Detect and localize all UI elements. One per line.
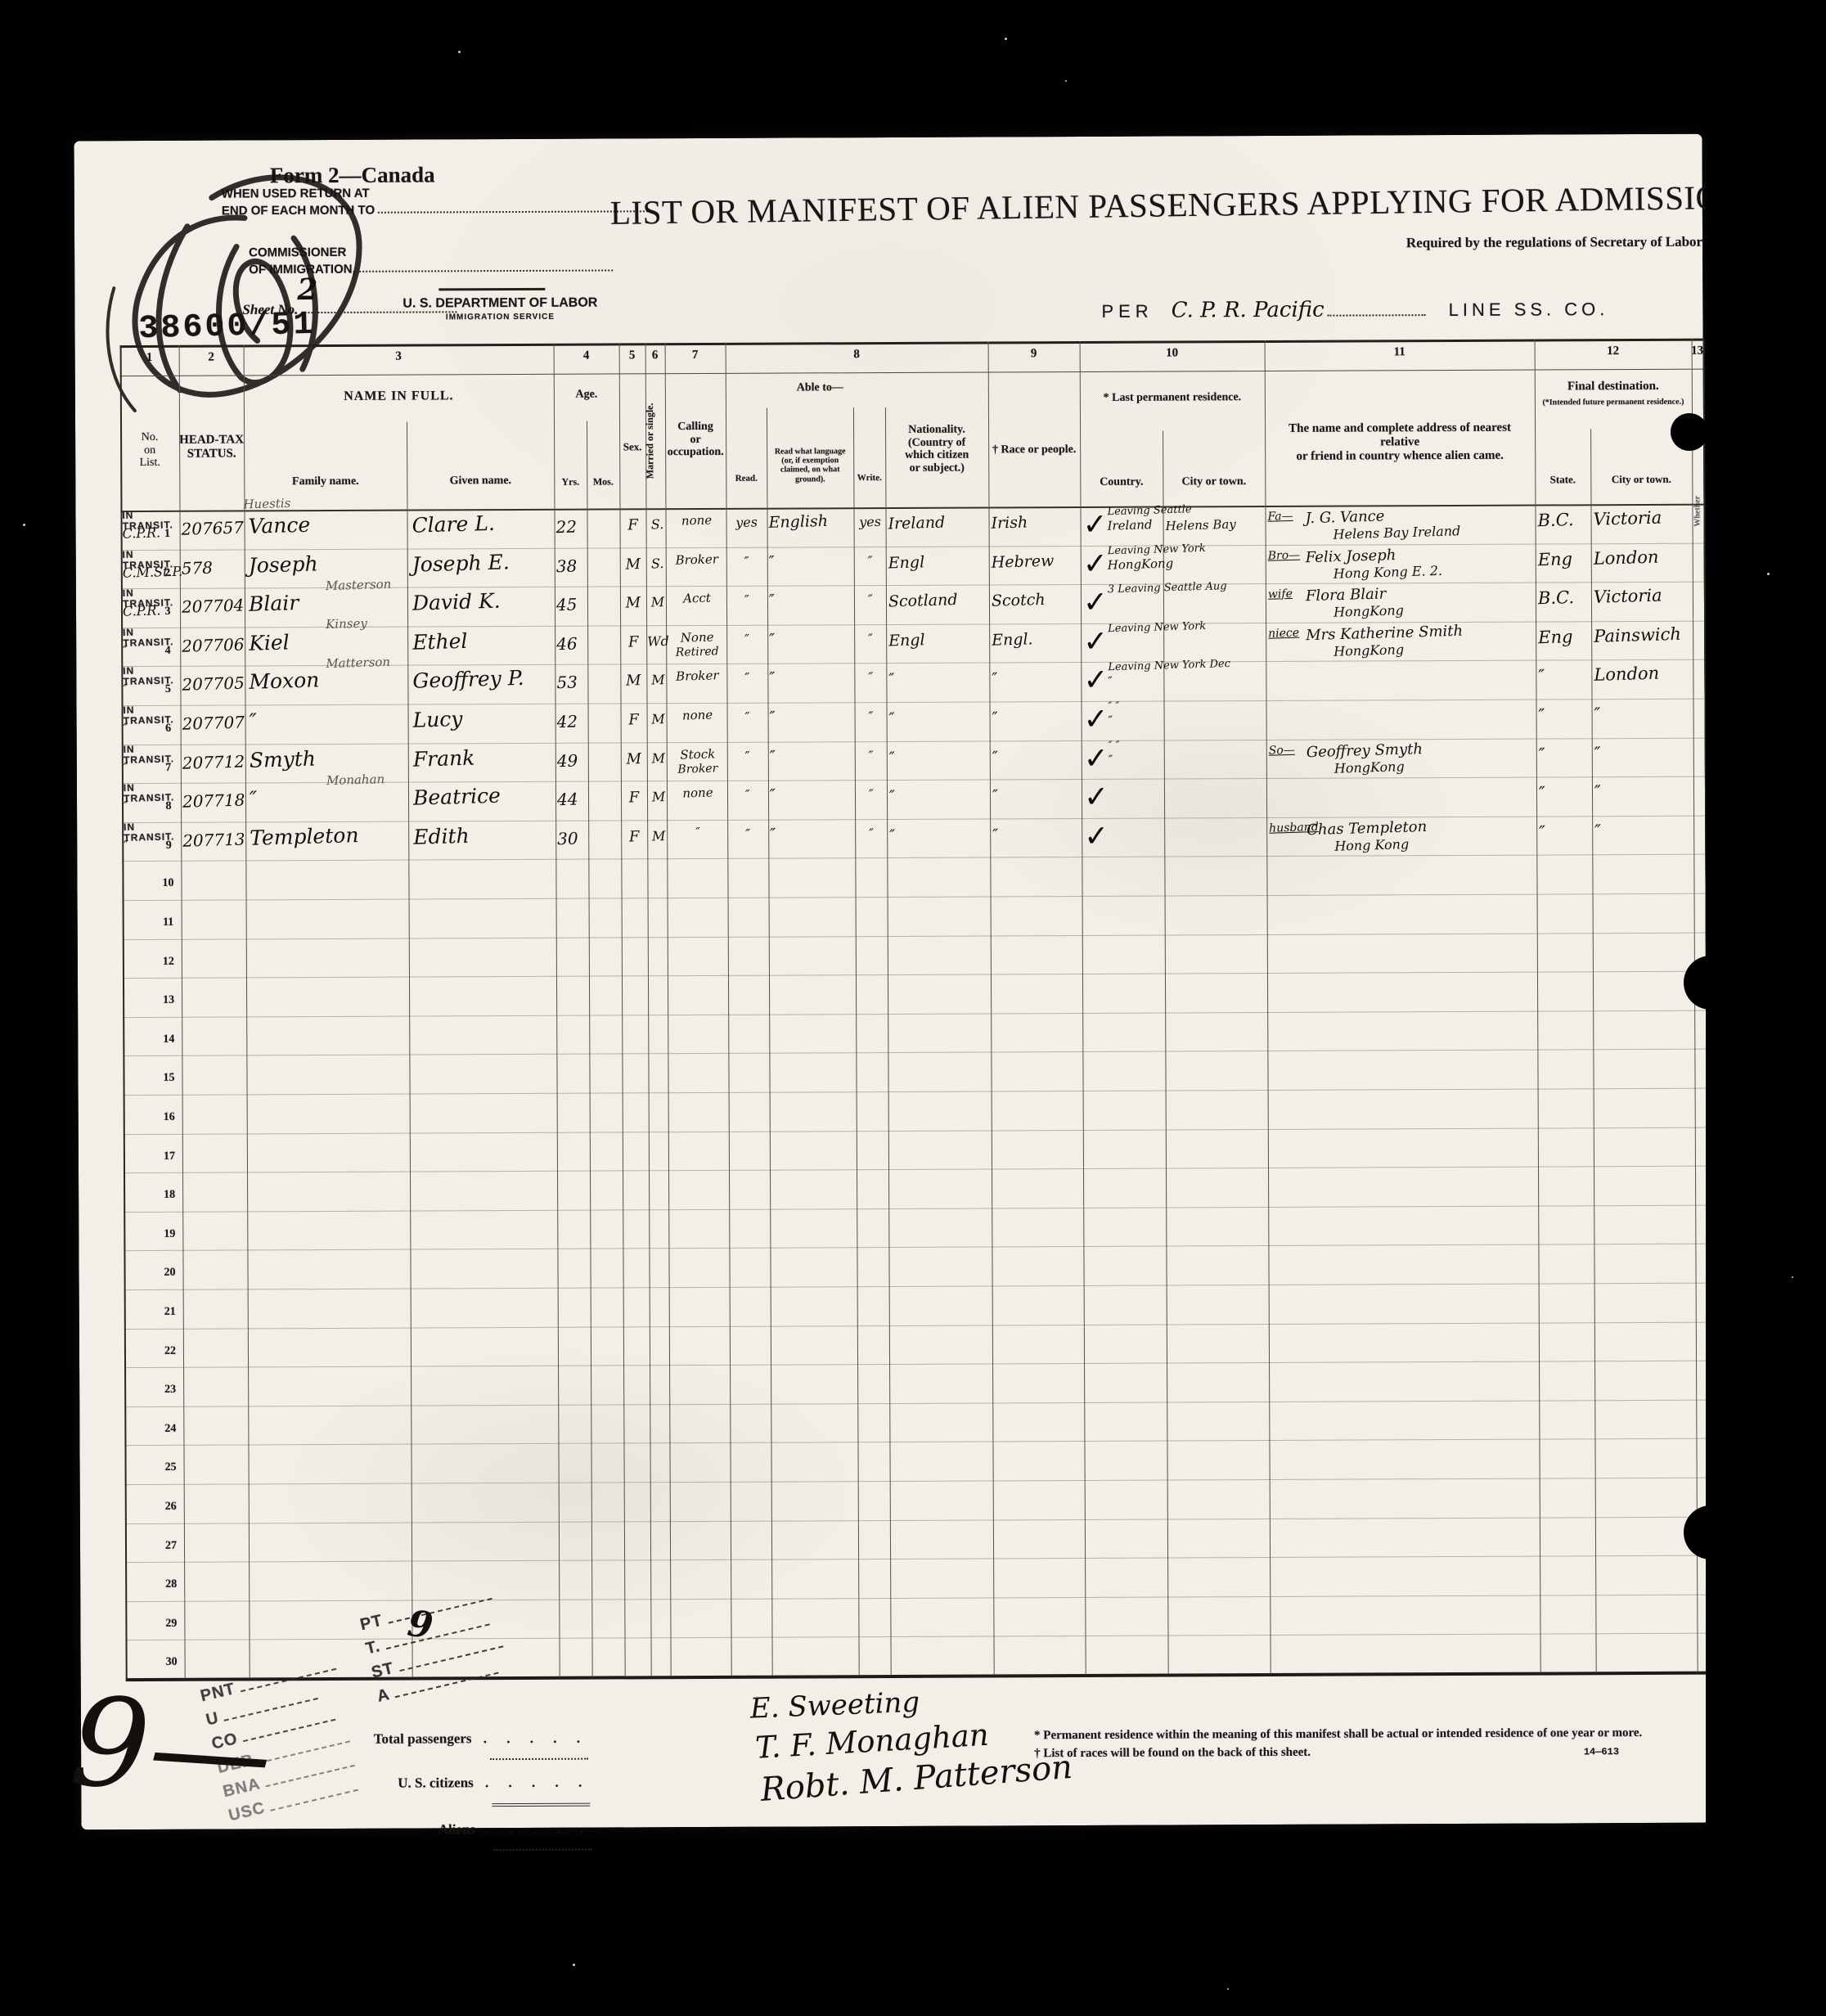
divider-rule bbox=[439, 288, 545, 291]
cell-country: HongKong bbox=[1108, 557, 1165, 572]
cell-no: 1 bbox=[156, 528, 178, 540]
empty-row-number: 16 bbox=[156, 1111, 182, 1124]
cell-family: Templeton bbox=[250, 823, 411, 849]
cell-language: ″ bbox=[769, 708, 853, 727]
row-rule bbox=[123, 1010, 1706, 1017]
cell-calling: Broker bbox=[667, 553, 727, 568]
cell-headtax: 207705 bbox=[182, 675, 248, 694]
totals-line: U. S. citizens . . . . . bbox=[353, 1775, 590, 1811]
totals-line: Total passengers . . . . . bbox=[343, 1730, 588, 1766]
column-header: * Last permanent residence. bbox=[1080, 391, 1265, 405]
cell-language: ″ bbox=[770, 785, 854, 804]
cell-country: ″ bbox=[1109, 752, 1166, 767]
cell-relative2: Hong Kong E. 2. bbox=[1334, 561, 1538, 581]
cell-read: ″ bbox=[728, 749, 767, 764]
manifest-row: IN TRANSIT.C.P.R.1207657HuestisVanceClar… bbox=[120, 504, 1703, 550]
cell-check: ✓ bbox=[1084, 821, 1113, 853]
cell-family: Kiel bbox=[249, 628, 410, 655]
empty-row-number: 10 bbox=[155, 877, 181, 890]
cell-sex: M bbox=[621, 596, 646, 612]
cell-dest: London bbox=[1593, 547, 1702, 568]
cell-nationality: Engl bbox=[888, 631, 987, 650]
cell-age: 44 bbox=[557, 790, 591, 808]
column-number: 7 bbox=[679, 349, 712, 362]
column-header: No. on List. bbox=[120, 431, 179, 470]
cell-nationality: Engl bbox=[888, 553, 987, 572]
column-header: † Race or people. bbox=[992, 443, 1077, 457]
column-header: City or town. bbox=[1163, 475, 1265, 488]
cell-sex: M bbox=[622, 752, 647, 768]
manifest-row: IN TRANSIT.C.M.St.P.2578JosephMastersonJ… bbox=[121, 542, 1704, 588]
cell-calling2: Retired bbox=[667, 646, 727, 659]
cell-read: ″ bbox=[728, 827, 767, 842]
cell-race: ″ bbox=[992, 669, 1079, 688]
cell-language: ″ bbox=[768, 552, 852, 571]
cell-dest: ″ bbox=[1594, 741, 1702, 763]
cell-given: Edith bbox=[413, 822, 558, 848]
cell-race: ″ bbox=[992, 709, 1079, 727]
cell-marital: M bbox=[648, 751, 669, 766]
cell-age: 22 bbox=[555, 518, 589, 536]
manifest-table: 12345678910111213No. on List.HEAD-TAX ST… bbox=[120, 339, 1709, 1679]
column-number: 3 bbox=[382, 350, 415, 364]
cell-write: ″ bbox=[855, 554, 886, 569]
cell-res-note: Leaving Seattle bbox=[1107, 502, 1271, 518]
cell-sex: F bbox=[622, 830, 647, 846]
cell-nationality: ″ bbox=[889, 748, 988, 767]
cell-headtax: 207713 bbox=[182, 830, 249, 849]
row-rule bbox=[124, 1399, 1707, 1406]
footnote-races: † List of races will be found on the bac… bbox=[1034, 1746, 1311, 1760]
row-rule bbox=[123, 971, 1706, 979]
cell-state: ″ bbox=[1538, 705, 1590, 725]
column-header: Given name. bbox=[407, 475, 554, 488]
cell-race: Hebrew bbox=[991, 552, 1078, 571]
row-rule bbox=[124, 1166, 1707, 1173]
column-header: Family name. bbox=[244, 475, 407, 489]
per-value: C. P. R. Pacific bbox=[1172, 298, 1325, 323]
cell-headtax: 207718 bbox=[182, 792, 249, 811]
totals-line: Aliens . . . . . bbox=[362, 1820, 591, 1856]
cell-race: Engl. bbox=[992, 631, 1079, 650]
cell-dest: ″ bbox=[1594, 819, 1703, 840]
cell-calling: none bbox=[667, 709, 727, 723]
cell-age: 30 bbox=[557, 830, 591, 848]
cell-calling: Acct bbox=[667, 592, 727, 606]
cell-age: 42 bbox=[556, 713, 590, 731]
column-header: Age. bbox=[554, 388, 619, 401]
cell-marital: S. bbox=[647, 556, 668, 571]
scanned-manifest-page: { "form": { "form_label": "Form 2—Canada… bbox=[0, 0, 1826, 2016]
manifest-row: IN TRANSIT.″9207713TempletonEdith30FM″″″… bbox=[122, 815, 1705, 861]
column-number: 6 bbox=[639, 349, 672, 362]
cell-country: Ireland bbox=[1107, 519, 1164, 533]
row-rule bbox=[124, 1127, 1707, 1134]
manifest-row: IN TRANSIT.″5207705MoxonGeoffrey P.53MMB… bbox=[121, 659, 1704, 705]
column-header: Calling or occupation. bbox=[665, 421, 726, 459]
cell-dest: ″ bbox=[1594, 780, 1703, 801]
cell-dest: Victoria bbox=[1593, 507, 1702, 529]
column-header: City or town. bbox=[1590, 474, 1692, 486]
per-line: PER C. P. R. Pacific LINE SS. CO. bbox=[1101, 296, 1608, 323]
empty-row-number: 23 bbox=[157, 1384, 183, 1397]
column-number: 10 bbox=[1156, 346, 1189, 360]
row-rule bbox=[125, 1516, 1708, 1523]
cell-read: ″ bbox=[727, 555, 767, 569]
cell-sex: F bbox=[621, 635, 646, 651]
cell-calling: Stock bbox=[668, 748, 728, 763]
cell-given: Lucy bbox=[412, 706, 557, 731]
empty-row-number: 14 bbox=[155, 1033, 182, 1046]
cell-relative2: Hong Kong bbox=[1334, 834, 1539, 853]
cell-nationality: Ireland bbox=[888, 514, 987, 533]
cell-sex: F bbox=[621, 713, 646, 729]
column-header: Read what language (or, if exemption cla… bbox=[769, 447, 851, 484]
cell-family: Vance bbox=[248, 511, 409, 538]
cell-country: ″ bbox=[1108, 674, 1165, 689]
row-rule bbox=[123, 932, 1706, 939]
row-rule bbox=[123, 893, 1706, 901]
cell-given: Frank bbox=[412, 745, 557, 770]
punch-hole-top bbox=[1671, 413, 1708, 451]
cell-no: 8 bbox=[158, 801, 179, 813]
row-rule bbox=[124, 1321, 1707, 1329]
cell-write: ″ bbox=[855, 593, 886, 608]
cell-sex: F bbox=[622, 790, 647, 807]
cell-relative2: HongKong bbox=[1334, 601, 1538, 620]
column-header: Final destination. bbox=[1535, 380, 1692, 394]
cell-no: 6 bbox=[157, 722, 178, 735]
cell-race: Irish bbox=[991, 514, 1078, 533]
column-header: NAME IN FULL. bbox=[244, 389, 554, 405]
empty-row-number: 15 bbox=[155, 1072, 182, 1085]
column-header: The name and complete address of nearest… bbox=[1270, 421, 1530, 464]
page-subtitle: Required by the regulations of Secretary… bbox=[1138, 234, 1702, 253]
cell-calling2: Broker bbox=[668, 763, 728, 776]
cell-family: Smyth bbox=[249, 745, 410, 772]
cell-write: ″ bbox=[856, 826, 887, 841]
cell-age: 38 bbox=[555, 557, 589, 575]
row-rule bbox=[124, 1361, 1707, 1368]
column-header: Sex. bbox=[619, 441, 645, 453]
cell-state: B.C. bbox=[1537, 511, 1589, 530]
column-header: (*Intended future permanent residence.) bbox=[1535, 398, 1692, 407]
cell-race: Scotch bbox=[992, 592, 1079, 610]
cell-state: ″ bbox=[1539, 783, 1590, 803]
page-title: LIST OR MANIFEST OF ALIEN PASSENGERS APP… bbox=[610, 178, 1707, 232]
cell-age: 49 bbox=[557, 752, 591, 770]
cell-state: ″ bbox=[1539, 821, 1590, 841]
cell-marital: S. bbox=[646, 518, 668, 533]
column-header: Country. bbox=[1080, 476, 1163, 489]
cell-given: Clare L. bbox=[412, 511, 556, 537]
column-number: 8 bbox=[840, 348, 873, 362]
cell-marital: M bbox=[648, 790, 669, 805]
cell-no: 3 bbox=[157, 606, 178, 619]
cell-marital: Wd bbox=[647, 635, 668, 650]
cell-calling: Broker bbox=[667, 669, 727, 684]
cell-family: Blair bbox=[249, 589, 410, 615]
cell-family: Joseph bbox=[248, 551, 409, 577]
column-number: 12 bbox=[1597, 344, 1630, 358]
cell-given: David K. bbox=[412, 589, 557, 614]
empty-row-number: 11 bbox=[155, 916, 182, 929]
empty-row-number: 13 bbox=[155, 994, 182, 1007]
empty-row-number: 17 bbox=[156, 1150, 182, 1163]
row-rule bbox=[124, 1244, 1707, 1251]
column-header: State. bbox=[1535, 474, 1590, 486]
cell-dest: London bbox=[1594, 663, 1702, 684]
column-header: Yrs. bbox=[554, 477, 587, 488]
cell-read: ″ bbox=[728, 788, 767, 803]
cell-read: yes bbox=[726, 515, 766, 530]
cell-age: 45 bbox=[556, 596, 590, 614]
cell-read: ″ bbox=[727, 710, 767, 725]
column-number: 1 bbox=[133, 351, 166, 365]
cell-write: ″ bbox=[856, 749, 887, 763]
column-header: HEAD-TAX STATUS. bbox=[174, 433, 249, 461]
cell-headtax: 207707 bbox=[182, 713, 248, 732]
empty-row-number: 24 bbox=[157, 1423, 183, 1436]
form-number: 14—613 bbox=[1584, 1746, 1619, 1757]
row-rule bbox=[125, 1478, 1708, 1485]
cell-language: ″ bbox=[769, 668, 853, 687]
cell-write: ″ bbox=[855, 671, 886, 686]
manifest-row: IN TRANSIT.C.P.R.3207704BlairKinseyDavid… bbox=[121, 582, 1704, 628]
cell-age: 53 bbox=[556, 674, 590, 692]
cell-age: 46 bbox=[556, 635, 590, 653]
cell-city: Helens Bay bbox=[1165, 518, 1263, 533]
cell-language: ″ bbox=[770, 825, 854, 844]
cell-marital: M bbox=[647, 713, 668, 727]
column-header: Mos. bbox=[587, 476, 619, 488]
cell-sex: M bbox=[621, 557, 646, 574]
manifest-row: IN TRANSIT.″4207706KielMattersonEthel46F… bbox=[121, 620, 1704, 666]
sheet-no-annotation: 2 bbox=[297, 272, 317, 307]
cell-write: ″ bbox=[856, 788, 887, 803]
cell-headtax: 207657 bbox=[181, 519, 247, 538]
cell-state: B.C. bbox=[1538, 588, 1590, 608]
sheet-no-value: 38600/51 bbox=[138, 307, 316, 348]
cell-country: ″ bbox=[1108, 713, 1165, 728]
row-rule bbox=[124, 1088, 1707, 1096]
cell-nationality: ″ bbox=[888, 669, 987, 688]
row-rule bbox=[125, 1594, 1708, 1601]
cell-dest: ″ bbox=[1594, 702, 1702, 723]
cell-relative2: HongKong bbox=[1334, 639, 1538, 659]
column-header: Able to— bbox=[726, 381, 915, 395]
column-header: Nationality. (Country of which citizen o… bbox=[887, 423, 987, 475]
manifest-row: IN TRANSIT.″8207718″Beatrice44FMnone″″″″… bbox=[122, 776, 1705, 822]
cell-family: ″ bbox=[250, 784, 411, 810]
cell-calling: none bbox=[666, 514, 726, 529]
cell-race: ″ bbox=[992, 747, 1080, 766]
empty-row-number: 26 bbox=[158, 1501, 184, 1514]
empty-row-number: 25 bbox=[158, 1461, 184, 1474]
column-header: Write. bbox=[853, 473, 885, 483]
empty-row-number: 21 bbox=[157, 1306, 183, 1319]
cell-language: ″ bbox=[769, 630, 853, 649]
cell-read: ″ bbox=[727, 671, 767, 686]
cell-headtax: 207712 bbox=[182, 753, 249, 772]
cell-marital: M bbox=[647, 596, 668, 610]
empty-row-number: 28 bbox=[158, 1578, 184, 1591]
signatures-block: E. SweetingT. F. MonaghanRobt. M. Patter… bbox=[760, 1685, 1073, 1799]
cell-language: ″ bbox=[769, 591, 853, 610]
cell-language: English bbox=[768, 513, 852, 532]
manifest-row: IN TRANSIT.″6207707″Lucy42FMnone″″″″″✓″ … bbox=[122, 699, 1705, 745]
row-rule bbox=[125, 1555, 1708, 1563]
footnotes: * Permanent residence within the meaning… bbox=[1034, 1725, 1713, 1763]
cell-family: Moxon bbox=[249, 668, 410, 694]
scan-right-band bbox=[1706, 0, 1826, 2016]
cell-nationality: ″ bbox=[889, 826, 988, 844]
cell-no: 2 bbox=[157, 567, 178, 579]
empty-row-number: 27 bbox=[158, 1539, 184, 1552]
cell-no: 4 bbox=[157, 645, 178, 657]
empty-row-number: 20 bbox=[157, 1267, 183, 1280]
per-label: PER bbox=[1101, 301, 1153, 322]
margin-mark: 9— bbox=[67, 1681, 276, 1816]
cell-no: 5 bbox=[157, 684, 178, 696]
cell-language: ″ bbox=[770, 747, 854, 766]
cell-write: ″ bbox=[855, 632, 886, 646]
cell-state: ″ bbox=[1538, 666, 1590, 686]
cell-calling: none bbox=[668, 786, 728, 801]
cell-race: ″ bbox=[992, 786, 1080, 805]
empty-row-number: 19 bbox=[156, 1228, 182, 1241]
cell-calling: ″ bbox=[668, 826, 728, 840]
cell-read: ″ bbox=[727, 632, 767, 647]
header-number-rule bbox=[120, 369, 1703, 376]
cell-read: ″ bbox=[727, 593, 767, 608]
cell-nationality: Scotland bbox=[888, 592, 987, 610]
cell-given: Joseph E. bbox=[412, 550, 556, 575]
column-number: 9 bbox=[1018, 347, 1050, 361]
manifest-sheet: Form 2—Canada WHEN USED RETURN AT END OF… bbox=[74, 134, 1710, 1830]
cell-no: 7 bbox=[158, 762, 179, 774]
manifest-row: IN TRANSIT.″7207712SmythMonahanFrank49MM… bbox=[122, 737, 1705, 783]
column-header: Read. bbox=[726, 474, 767, 484]
cell-headtax: 207706 bbox=[182, 636, 248, 655]
cell-sex: M bbox=[621, 673, 646, 690]
cell-nationality: ″ bbox=[888, 709, 987, 727]
cell-fam-above: Huestis bbox=[243, 495, 382, 512]
cell-given: Geoffrey P. bbox=[412, 667, 557, 692]
empty-row-number: 29 bbox=[158, 1618, 184, 1631]
cell-relative2: Helens Bay Ireland bbox=[1333, 522, 1537, 542]
cell-state: Eng bbox=[1538, 627, 1590, 646]
cell-marital: M bbox=[648, 830, 669, 844]
empty-row-number: 18 bbox=[156, 1189, 182, 1202]
cell-write: ″ bbox=[855, 710, 886, 725]
cell-headtax: 207704 bbox=[182, 597, 248, 616]
cell-write: yes bbox=[854, 515, 885, 530]
column-number: 4 bbox=[570, 349, 603, 363]
cell-dest: Painswich bbox=[1594, 624, 1702, 646]
row-rule bbox=[123, 1049, 1706, 1056]
cell-given: Beatrice bbox=[413, 784, 558, 809]
cell-check: ✓ bbox=[1083, 782, 1112, 814]
cell-headtax: 578 bbox=[181, 558, 247, 577]
column-header-married-single: Married or single. bbox=[644, 376, 668, 506]
cell-no: 9 bbox=[158, 839, 179, 852]
row-rule bbox=[124, 1283, 1707, 1290]
empty-row-number: 30 bbox=[159, 1656, 185, 1669]
cell-sex: F bbox=[620, 518, 645, 534]
row-rule bbox=[124, 1438, 1707, 1446]
totals-block: Total passengers . . . . .U. S. citizens… bbox=[343, 1730, 687, 1866]
cell-state: Eng bbox=[1537, 549, 1589, 569]
cell-state: ″ bbox=[1538, 744, 1590, 763]
line-ss-co-label: LINE SS. CO. bbox=[1449, 299, 1609, 320]
column-number: 11 bbox=[1383, 345, 1416, 359]
cell-family: ″ bbox=[249, 706, 410, 732]
cell-relative2: HongKong bbox=[1334, 756, 1539, 776]
empty-row-number: 22 bbox=[157, 1344, 183, 1357]
column-number: 2 bbox=[195, 351, 227, 365]
cell-given: Ethel bbox=[412, 628, 557, 653]
empty-row-number: 12 bbox=[155, 955, 182, 968]
cell-nationality: ″ bbox=[889, 786, 988, 805]
cell-res-note: Leaving New York Dec bbox=[1108, 658, 1271, 673]
cell-dest: Victoria bbox=[1594, 585, 1702, 606]
cell-calling: None bbox=[667, 631, 727, 646]
row-rule bbox=[124, 1204, 1707, 1212]
cell-marital: M bbox=[647, 673, 668, 688]
cell-res-note: 3 Leaving Seattle Aug bbox=[1108, 580, 1271, 596]
cell-race: ″ bbox=[992, 826, 1080, 844]
